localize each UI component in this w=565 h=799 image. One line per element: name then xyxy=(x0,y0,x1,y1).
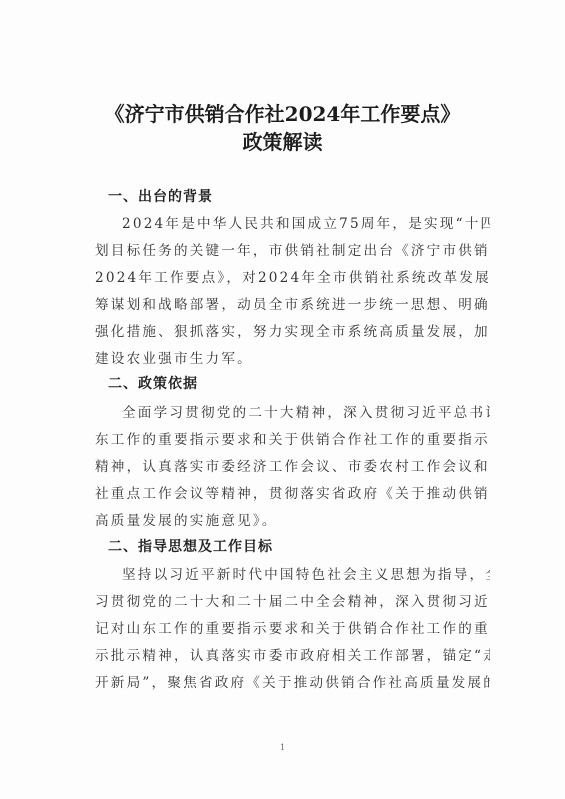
section-heading-background: 一、出台的背景 xyxy=(108,186,213,206)
document-title: 《济宁市供销合作社2024年工作要点》 xyxy=(0,98,565,127)
paragraph-line: 筹谋划和战略部署，动员全市系统进一步统一思想、明确思路、 xyxy=(95,293,490,313)
paragraph-line: 坚持以习近平新时代中国特色社会主义思想为指导，全面学 xyxy=(122,563,490,583)
paragraph-line: 社重点工作会议等精神，贯彻落实省政府《关于推动供销合作社 xyxy=(95,482,490,502)
paragraph-line: 开新局”，聚焦省政府《关于推动供销合作社高质量发展的实施 xyxy=(95,671,490,691)
document-page: 《济宁市供销合作社2024年工作要点》 政策解读 一、出台的背景 2024年是中… xyxy=(0,0,565,799)
paragraph-line: 2024年工作要点》，对2024年全市供销社系统改革发展作出统 xyxy=(95,266,490,286)
page-number: 1 xyxy=(0,743,565,752)
paragraph-line: 全面学习贯彻党的二十大精神，深入贯彻习近平总书记对山 xyxy=(122,401,490,421)
paragraph-line: 高质量发展的实施意见》。 xyxy=(95,509,490,529)
paragraph-line: 示批示精神，认真落实市委市政府相关工作部署，锚定“走在前、 xyxy=(95,644,490,664)
paragraph-line: 习贯彻党的二十大和二十届二中全会精神，深入贯彻习近平总书 xyxy=(95,590,490,610)
paragraph-line: 强化措施、狠抓落实，努力实现全市系统高质量发展，加快成为 xyxy=(95,320,490,340)
section-heading-policy-basis: 二、政策依据 xyxy=(108,373,198,393)
paragraph-line: 记对山东工作的重要指示要求和关于供销合作社工作的重要指 xyxy=(95,617,490,637)
paragraph-line: 2024年是中华人民共和国成立75周年，是实现“十四五”规 xyxy=(122,212,490,232)
paragraph-line: 东工作的重要指示要求和关于供销合作社工作的重要指示批示 xyxy=(95,428,490,448)
section-heading-guiding-ideology: 二、指导思想及工作目标 xyxy=(108,536,273,556)
paragraph-line: 划目标任务的关键一年，市供销社制定出台《济宁市供销合作社 xyxy=(95,239,490,259)
paragraph-line: 精神，认真落实市委经济工作会议、市委农村工作会议和省供销 xyxy=(95,455,490,475)
paragraph-line: 建设农业强市生力军。 xyxy=(95,347,490,367)
document-subtitle: 政策解读 xyxy=(0,126,565,155)
